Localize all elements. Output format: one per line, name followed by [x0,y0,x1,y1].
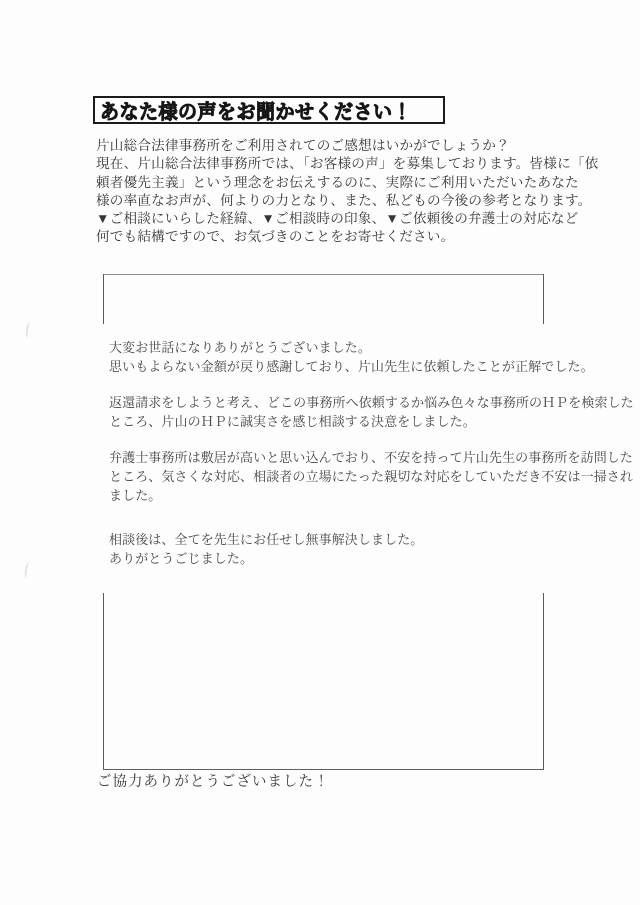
intro-line: 頼者優先主義」という理念をお伝えするのに、実際にご利用いただいたあなた [96,174,574,192]
closing-note: ご協力ありがとうございました！ [97,772,330,792]
intro-line: 何でも結構ですので、お気づきのことをお寄せください。 [96,228,574,246]
page-title: あなた様の声をお聞かせください！ [100,96,412,124]
response-paragraph: 大変お世話になりありがとうございました。 思いもよらない金額が戻り感謝しており、… [109,339,601,376]
box-border-top [103,274,544,275]
response-line: 返還請求をしようと考え、どこの事務所へ依頼するか悩み色々な事務所のＨＰを検索した [109,394,601,413]
scan-speck [24,562,32,579]
box-border-left-upper [103,274,104,324]
customer-response-text: 大変お世話になりありがとうございました。 思いもよらない金額が戻り感謝しており、… [109,339,601,586]
scanned-feedback-document: あなた様の声をお聞かせください！ 片山総合法律事務所をご利用されてのご感想はいか… [0,0,640,905]
response-line: ました。 [109,487,601,506]
intro-line: 様の率直なお声が、何よりの力となり、また、私どもの今後の参考となります。 [96,192,574,210]
box-border-right-lower [543,593,544,770]
response-line: ありがとうごじました。 [109,550,601,569]
box-border-right-upper [543,274,544,324]
intro-line: ▼ご相談にいらした経緯、▼ご相談時の印象、▼ご依頼後の弁護士の対応など [96,210,574,228]
intro-paragraph: 片山総合法律事務所をご利用されてのご感想はいかがでしょうか？ 現在、片山総合法律… [96,137,574,247]
response-paragraph: 弁護士事務所は敷居が高いと思い込んでおり、不安を持って片山先生の事務所を訪問した… [109,449,601,505]
response-line: 思いもよらない金額が戻り感謝しており、片山先生に依頼したことが正解でした。 [109,358,601,377]
title-banner: あなた様の声をお聞かせください！ [93,96,445,124]
response-line: 弁護士事務所は敷居が高いと思い込んでおり、不安を持って片山先生の事務所を訪問した [109,449,601,468]
response-line: 相談後は、全てを先生にお任せし無事解決しました。 [109,531,601,550]
response-line: ところ、気さくな対応、相談者の立場にたった親切な対応をしていただき不安は一掃され [109,468,601,487]
scan-speck [25,322,33,339]
box-border-bottom [103,769,544,770]
response-paragraph: 相談後は、全てを先生にお任せし無事解決しました。 ありがとうごじました。 [109,531,601,568]
response-line: 大変お世話になりありがとうございました。 [109,339,601,358]
intro-line: 現在、片山総合法律事務所では、「お客様の声」を募集しております。皆様に「依 [96,155,574,173]
box-border-left-lower [103,593,104,770]
response-paragraph: 返還請求をしようと考え、どこの事務所へ依頼するか悩み色々な事務所のＨＰを検索した… [109,394,601,431]
response-line: ところ、片山のＨＰに誠実さを感じ相談する決意をしました。 [109,413,601,432]
intro-line: 片山総合法律事務所をご利用されてのご感想はいかがでしょうか？ [96,137,574,155]
